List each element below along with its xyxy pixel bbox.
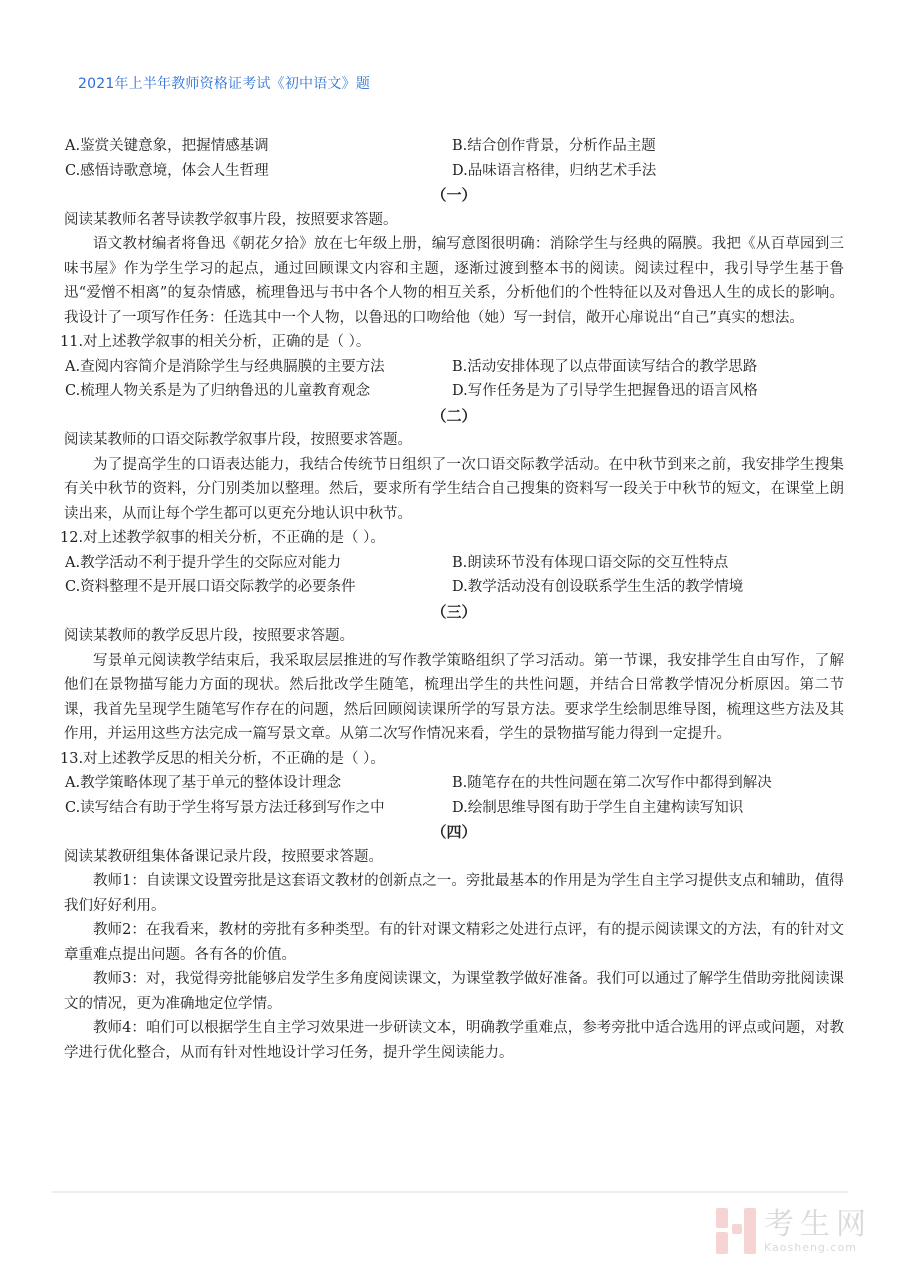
option-d: D.品味语言格律，归纳艺术手法 <box>451 159 838 184</box>
option-row: C.资料整理不是开展口语交际教学的必要条件 D.教学活动没有创设联系学生生活的教… <box>64 575 844 600</box>
option-b: B.朗读环节没有体现口语交际的交互性特点 <box>451 551 838 576</box>
question-13: 13.对上述教学反思的相关分析，不正确的是（ ）。 <box>60 747 844 772</box>
teacher-1-remark: 教师1：自读课文设置旁批是这套语文教材的创新点之一。旁批最基本的作用是为学生自主… <box>64 869 844 918</box>
teacher-3-remark: 教师3：对，我觉得旁批能够启发学生多角度阅读课文，为课堂教学做好准备。我们可以通… <box>64 967 844 1016</box>
section-intro: 阅读某教研组集体备课记录片段，按照要求答题。 <box>64 845 844 870</box>
option-row: A.查阅内容简介是消除学生与经典膈膜的主要方法 B.活动安排体现了以点带面读写结… <box>64 355 844 380</box>
footer-divider <box>52 1191 848 1193</box>
teacher-2-remark: 教师2：在我看来，教材的旁批有多种类型。有的针对课文精彩之处进行点评，有的提示阅… <box>64 918 844 967</box>
option-a: A.教学活动不利于提升学生的交际应对能力 <box>64 551 451 576</box>
logo-mark-icon <box>716 1208 756 1254</box>
section-heading: （二） <box>64 404 844 429</box>
option-row: C.读写结合有助于学生将写景方法迁移到写作之中 D.绘制思维导图有助于学生自主建… <box>64 796 844 821</box>
narrative-paragraph: 语文教材编者将鲁迅《朝花夕拾》放在七年级上册，编写意图很明确：消除学生与经典的隔… <box>64 232 844 330</box>
question-12: 12.对上述教学叙事的相关分析，不正确的是（ ）。 <box>60 526 844 551</box>
option-c: C.资料整理不是开展口语交际教学的必要条件 <box>64 575 451 600</box>
option-b: B.活动安排体现了以点带面读写结合的教学思路 <box>451 355 838 380</box>
option-d: D.绘制思维导图有助于学生自主建构读写知识 <box>451 796 838 821</box>
option-row: C.梳理人物关系是为了归纳鲁迅的儿童教育观念 D.写作任务是为了引导学生把握鲁迅… <box>64 379 844 404</box>
document-header-title: 2021年上半年教师资格证考试《初中语文》题 <box>78 73 370 93</box>
logo-english-text: Kaosheng.com <box>764 1241 872 1254</box>
option-row: A.教学策略体现了基于单元的整体设计理念 B.随笔存在的共性问题在第二次写作中都… <box>64 771 844 796</box>
option-d: D.写作任务是为了引导学生把握鲁迅的语言风格 <box>451 379 838 404</box>
section-heading: （四） <box>64 820 844 845</box>
section-intro: 阅读某教师的口语交际教学叙事片段，按照要求答题。 <box>64 428 844 453</box>
option-row: A.教学活动不利于提升学生的交际应对能力 B.朗读环节没有体现口语交际的交互性特… <box>64 551 844 576</box>
section-intro: 阅读某教师的教学反思片段，按照要求答题。 <box>64 624 844 649</box>
option-a: A.鉴赏关键意象，把握情感基调 <box>64 134 451 159</box>
option-b: B.结合创作背景，分析作品主题 <box>451 134 838 159</box>
option-c: C.读写结合有助于学生将写景方法迁移到写作之中 <box>64 796 451 821</box>
exam-content: A.鉴赏关键意象，把握情感基调 B.结合创作背景，分析作品主题 C.感悟诗歌意境… <box>64 134 844 1065</box>
option-row: C.感悟诗歌意境，体会人生哲理 D.品味语言格律，归纳艺术手法 <box>64 159 844 184</box>
kaosheng-logo: 考生网 Kaosheng.com <box>716 1208 872 1254</box>
option-c: C.感悟诗歌意境，体会人生哲理 <box>64 159 451 184</box>
option-d: D.教学活动没有创设联系学生生活的教学情境 <box>451 575 838 600</box>
section-heading: （一） <box>64 183 844 208</box>
option-a: A.查阅内容简介是消除学生与经典膈膜的主要方法 <box>64 355 451 380</box>
question-11: 11.对上述教学叙事的相关分析，正确的是（ ）。 <box>60 330 844 355</box>
logo-chinese-text: 考生网 <box>764 1209 872 1241</box>
option-c: C.梳理人物关系是为了归纳鲁迅的儿童教育观念 <box>64 379 451 404</box>
option-row: A.鉴赏关键意象，把握情感基调 B.结合创作背景，分析作品主题 <box>64 134 844 159</box>
reflection-paragraph: 写景单元阅读教学结束后，我采取层层推进的写作教学策略组织了学习活动。第一节课，我… <box>64 649 844 747</box>
option-a: A.教学策略体现了基于单元的整体设计理念 <box>64 771 451 796</box>
narrative-paragraph: 为了提高学生的口语表达能力，我结合传统节日组织了一次口语交际教学活动。在中秋节到… <box>64 453 844 527</box>
section-heading: （三） <box>64 600 844 625</box>
option-b: B.随笔存在的共性问题在第二次写作中都得到解决 <box>451 771 838 796</box>
section-intro: 阅读某教师名著导读教学叙事片段，按照要求答题。 <box>64 208 844 233</box>
teacher-4-remark: 教师4：咱们可以根据学生自主学习效果进一步研读文本，明确教学重难点，参考旁批中适… <box>64 1016 844 1065</box>
